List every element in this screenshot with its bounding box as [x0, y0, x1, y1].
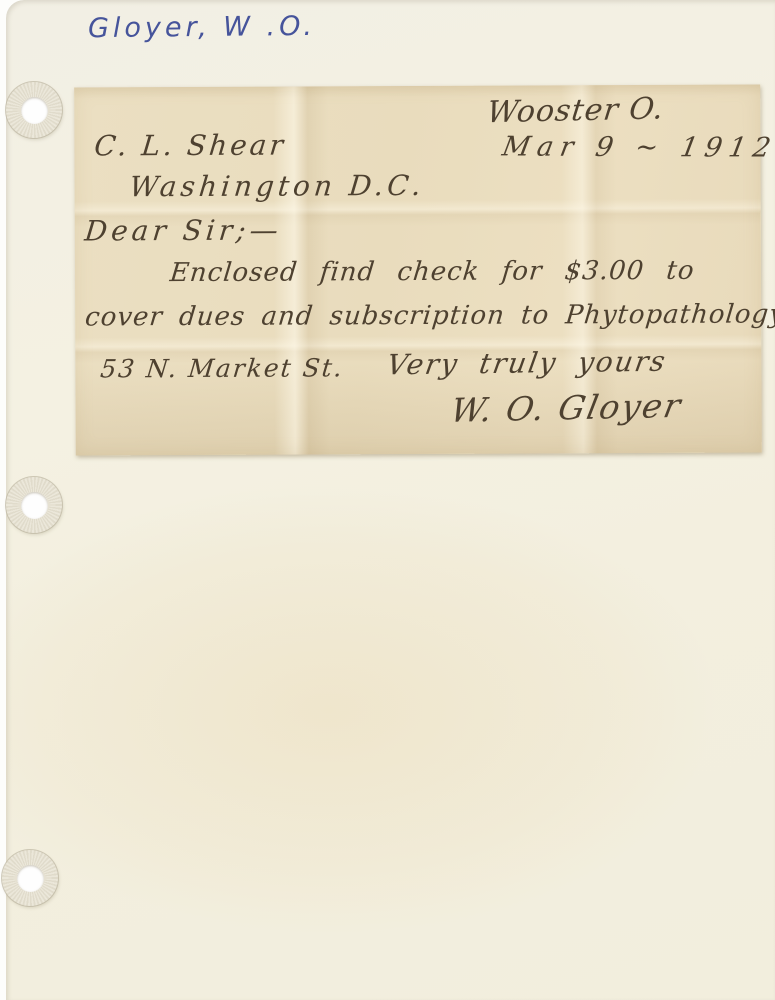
letter-salutation: Dear Sir;— [83, 214, 283, 248]
letter-closing: Very truly yours [385, 345, 670, 382]
scanned-album-page: Gloyer, W .O. Wooster O. Mar 9 ~ 1912 C.… [0, 0, 775, 1000]
hole-punch-middle [6, 477, 62, 533]
letter-place-line: Wooster O. [485, 91, 666, 130]
hole-punch-top [6, 82, 62, 138]
hole-punch-center [21, 97, 48, 124]
letter-signature: W. O. Gloyer [447, 386, 685, 430]
hole-punch-center [17, 865, 44, 892]
letter-body-line-2: cover dues and subscription to Phytopath… [84, 299, 775, 332]
pasted-letter: Wooster O. Mar 9 ~ 1912 C. L. Shear Wash… [74, 85, 762, 456]
letter-recipient-city: Washington D.C. [128, 169, 426, 203]
hole-punch-bottom [2, 850, 58, 906]
letter-sender-address: 53 N. Market St. [99, 353, 345, 383]
hole-punch-center [21, 492, 48, 519]
letter-date-line: Mar 9 ~ 1912 [500, 131, 775, 163]
album-page: Gloyer, W .O. Wooster O. Mar 9 ~ 1912 C.… [6, 0, 775, 1000]
archival-label: Gloyer, W .O. [88, 11, 316, 44]
letter-body-line-1: Enclosed find check for $3.00 to [168, 256, 696, 288]
letter-recipient-name: C. L. Shear [93, 129, 288, 163]
